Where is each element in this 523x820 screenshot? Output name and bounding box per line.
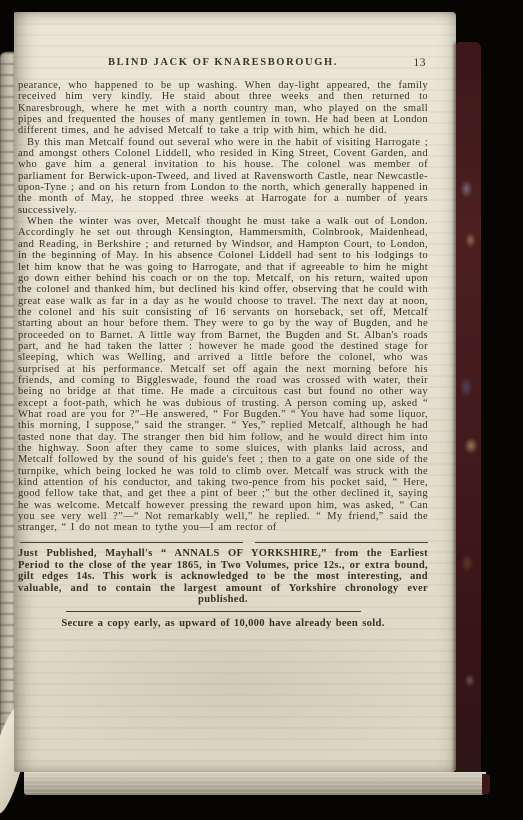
running-header-title: BLIND JACK OF KNARESBOROUGH. [18, 57, 428, 68]
running-header: BLIND JACK OF KNARESBOROUGH. 13 [18, 57, 428, 71]
divider-segment [20, 542, 243, 544]
page-block-edge [24, 772, 486, 795]
body-paragraph: By this man Metcalf found out several wh… [18, 137, 428, 216]
section-divider [20, 542, 428, 544]
body-paragraph: When the winter was over, Metcalf though… [18, 216, 428, 534]
footer-divider [66, 611, 361, 612]
page-content: BLIND JACK OF KNARESBOROUGH. 13 pearance… [14, 12, 456, 772]
divider-segment [255, 542, 428, 544]
sales-notice: Secure a copy early, as upward of 10,000… [18, 618, 428, 629]
book-cover-marbled-edge [456, 42, 481, 776]
advertisement: Just Published, Mayhall's “ ANNALS OF YO… [18, 548, 428, 606]
page-number: 13 [414, 57, 427, 69]
body-paragraph: pearance, who happened to be up washing.… [18, 80, 428, 137]
body-text: pearance, who happened to be up washing.… [18, 80, 428, 534]
book-photograph: BLIND JACK OF KNARESBOROUGH. 13 pearance… [0, 0, 523, 820]
advertisement-text: Just Published, Mayhall's “ ANNALS OF YO… [18, 548, 428, 606]
book-page: BLIND JACK OF KNARESBOROUGH. 13 pearance… [14, 12, 456, 772]
